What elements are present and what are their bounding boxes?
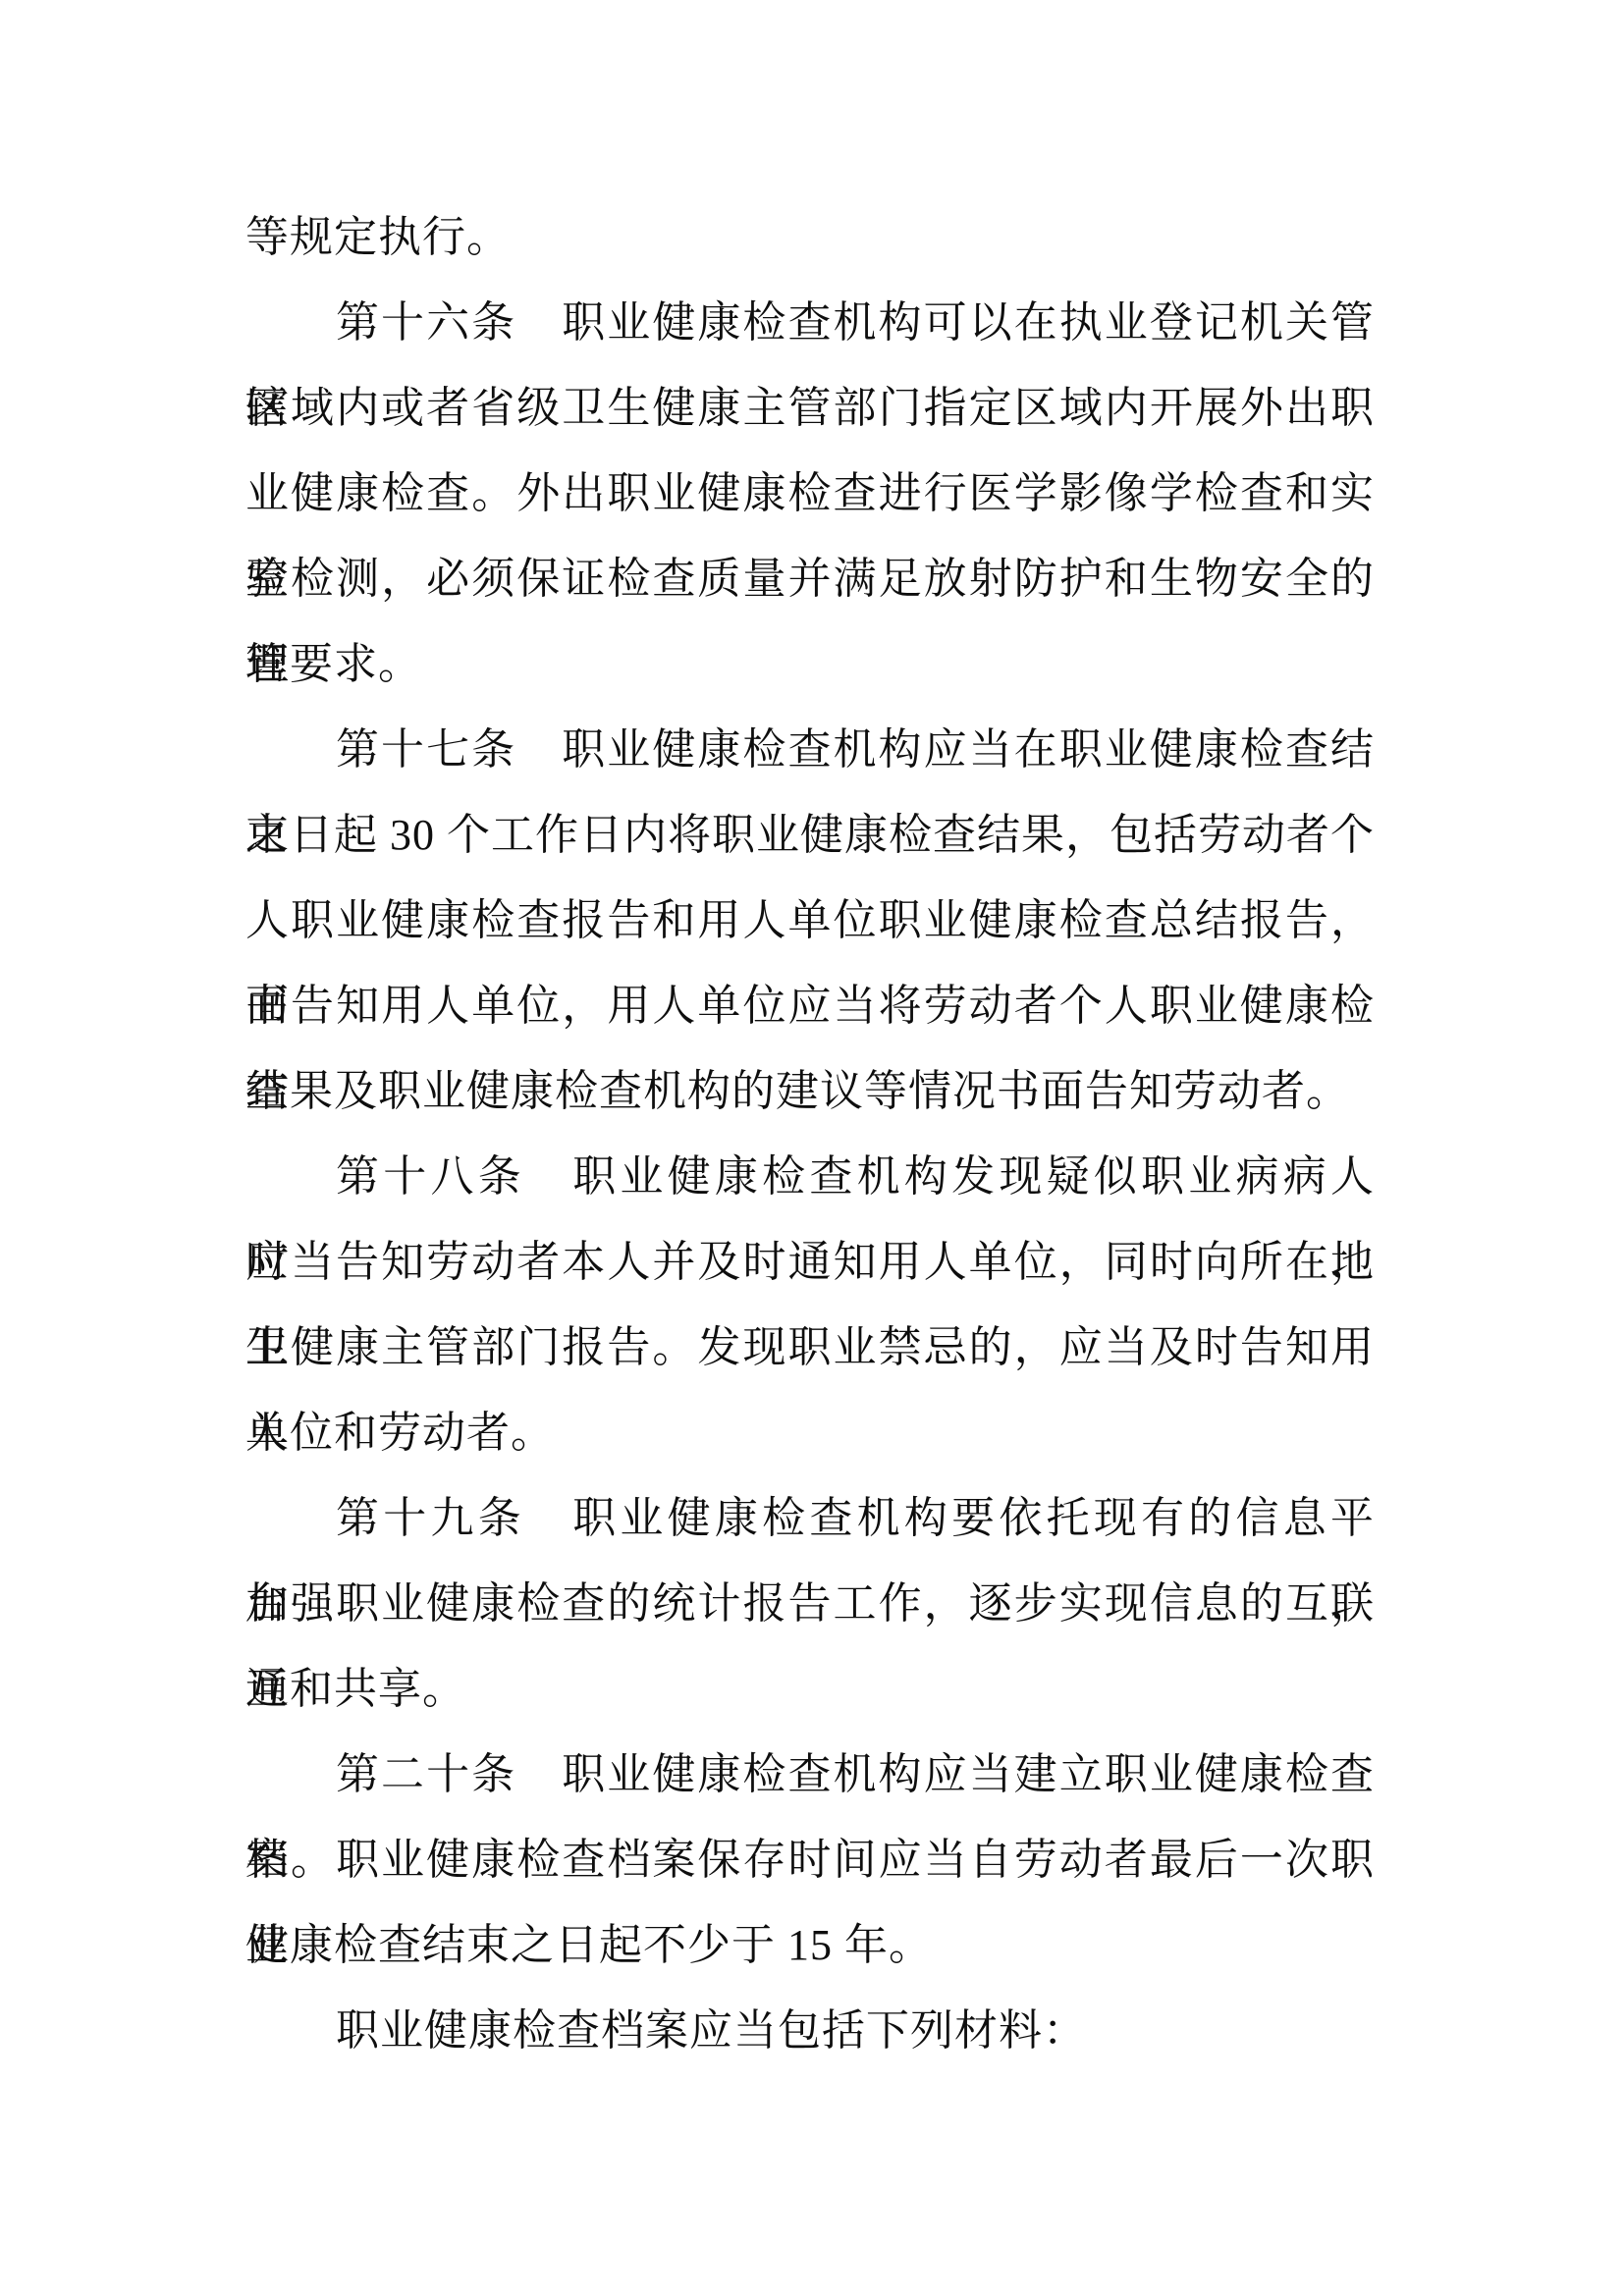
text-line: 第十七条 职业健康检查机构应当在职业健康检查结束 <box>245 707 1375 792</box>
text-line: 第二十条 职业健康检查机构应当建立职业健康检查档 <box>245 1732 1375 1817</box>
text-line: 单位和劳动者。 <box>245 1390 1375 1475</box>
text-line: 理要求。 <box>245 621 1375 707</box>
document-page: 等规定执行。第十六条 职业健康检查机构可以在执业登记机关管辖区域内或者省级卫生健… <box>0 0 1624 2296</box>
text-line: 第十六条 职业健康检查机构可以在执业登记机关管辖 <box>245 280 1375 365</box>
text-line: 第十八条 职业健康检查机构发现疑似职业病病人时， <box>245 1134 1375 1219</box>
text-line: 面告知用人单位，用人单位应当将劳动者个人职业健康检查 <box>245 963 1375 1048</box>
text-line: 结果及职业健康检查机构的建议等情况书面告知劳动者。 <box>245 1048 1375 1134</box>
text-line: 业健康检查。外出职业健康检查进行医学影像学检查和实验 <box>245 451 1375 536</box>
text-line: 人职业健康检查报告和用人单位职业健康检查总结报告，书 <box>245 878 1375 963</box>
text-line: 应当告知劳动者本人并及时通知用人单位，同时向所在地卫 <box>245 1219 1375 1305</box>
text-line: 等规定执行。 <box>245 194 1375 280</box>
text-line: 室检测，必须保证检查质量并满足放射防护和生物安全的管 <box>245 536 1375 621</box>
text-line: 第十九条 职业健康检查机构要依托现有的信息平台， <box>245 1475 1375 1561</box>
text-line: 加强职业健康检查的统计报告工作，逐步实现信息的互联互 <box>245 1561 1375 1646</box>
text-line: 区域内或者省级卫生健康主管部门指定区域内开展外出职 <box>245 365 1375 451</box>
text-line: 健康检查结束之日起不少于 15 年。 <box>245 1902 1375 1988</box>
text-line: 之日起 30 个工作日内将职业健康检查结果，包括劳动者个 <box>245 792 1375 878</box>
text-line: 通和共享。 <box>245 1646 1375 1732</box>
text-line: 案。职业健康检查档案保存时间应当自劳动者最后一次职业 <box>245 1817 1375 1902</box>
text-line: 职业健康检查档案应当包括下列材料： <box>245 1988 1375 2073</box>
text-line: 生健康主管部门报告。发现职业禁忌的，应当及时告知用人 <box>245 1305 1375 1390</box>
document-body: 等规定执行。第十六条 职业健康检查机构可以在执业登记机关管辖区域内或者省级卫生健… <box>245 194 1375 2073</box>
